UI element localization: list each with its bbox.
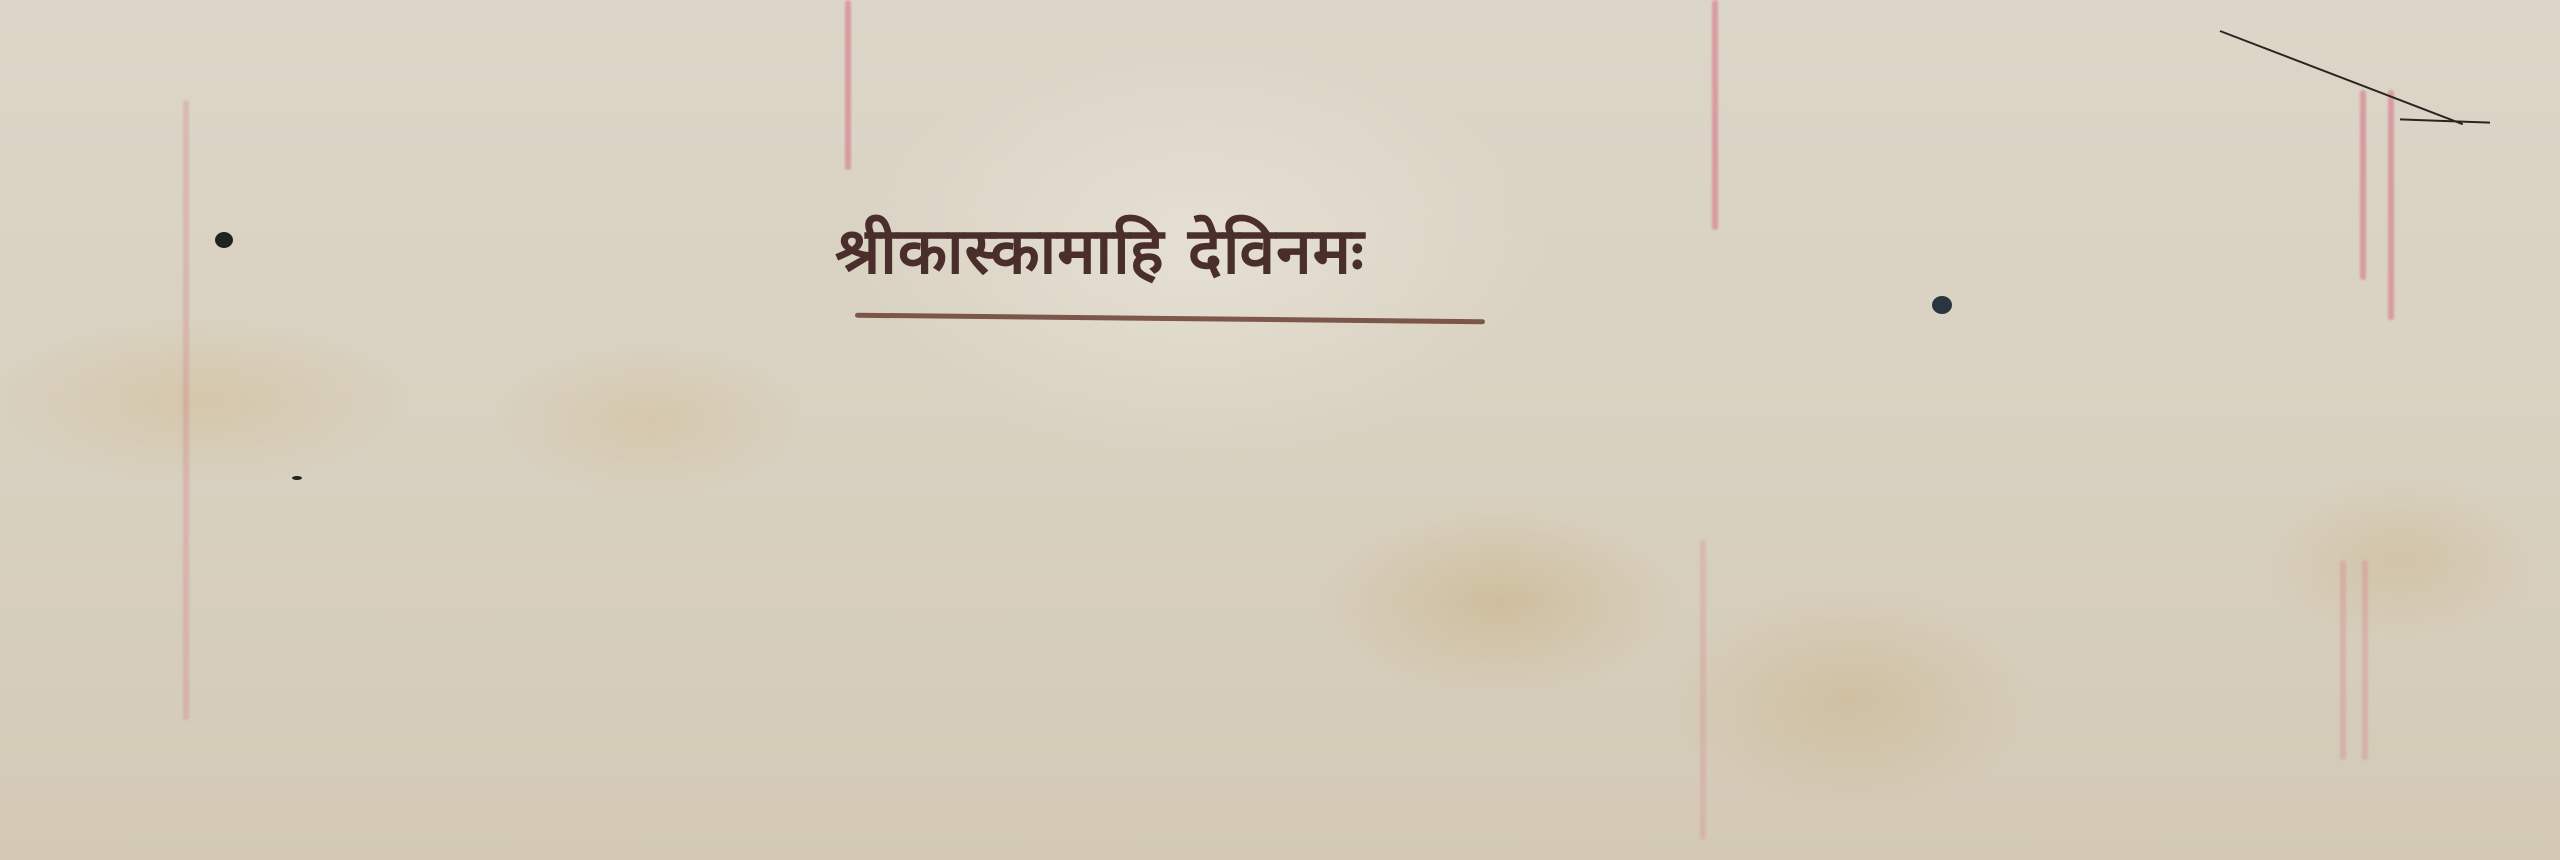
ink-spot (215, 232, 233, 248)
manuscript-folio: श्रीकास्कामाहि देविनमः (0, 0, 2560, 860)
margin-rule (2362, 560, 2368, 760)
ink-spot (1932, 296, 1952, 314)
paper-crack (2220, 30, 2463, 125)
margin-rule (1712, 0, 1718, 230)
margin-rule (845, 0, 851, 170)
margin-rule (1700, 540, 1706, 840)
paper-crack (2400, 118, 2490, 123)
margin-rule (2360, 90, 2366, 280)
margin-rule (2340, 560, 2346, 760)
ink-spot (292, 476, 302, 480)
manuscript-caption: श्रीकास्कामाहि देविनमः (835, 205, 1365, 292)
margin-rule (183, 100, 189, 720)
margin-rule (2388, 90, 2394, 320)
caption-underline (855, 313, 1485, 325)
